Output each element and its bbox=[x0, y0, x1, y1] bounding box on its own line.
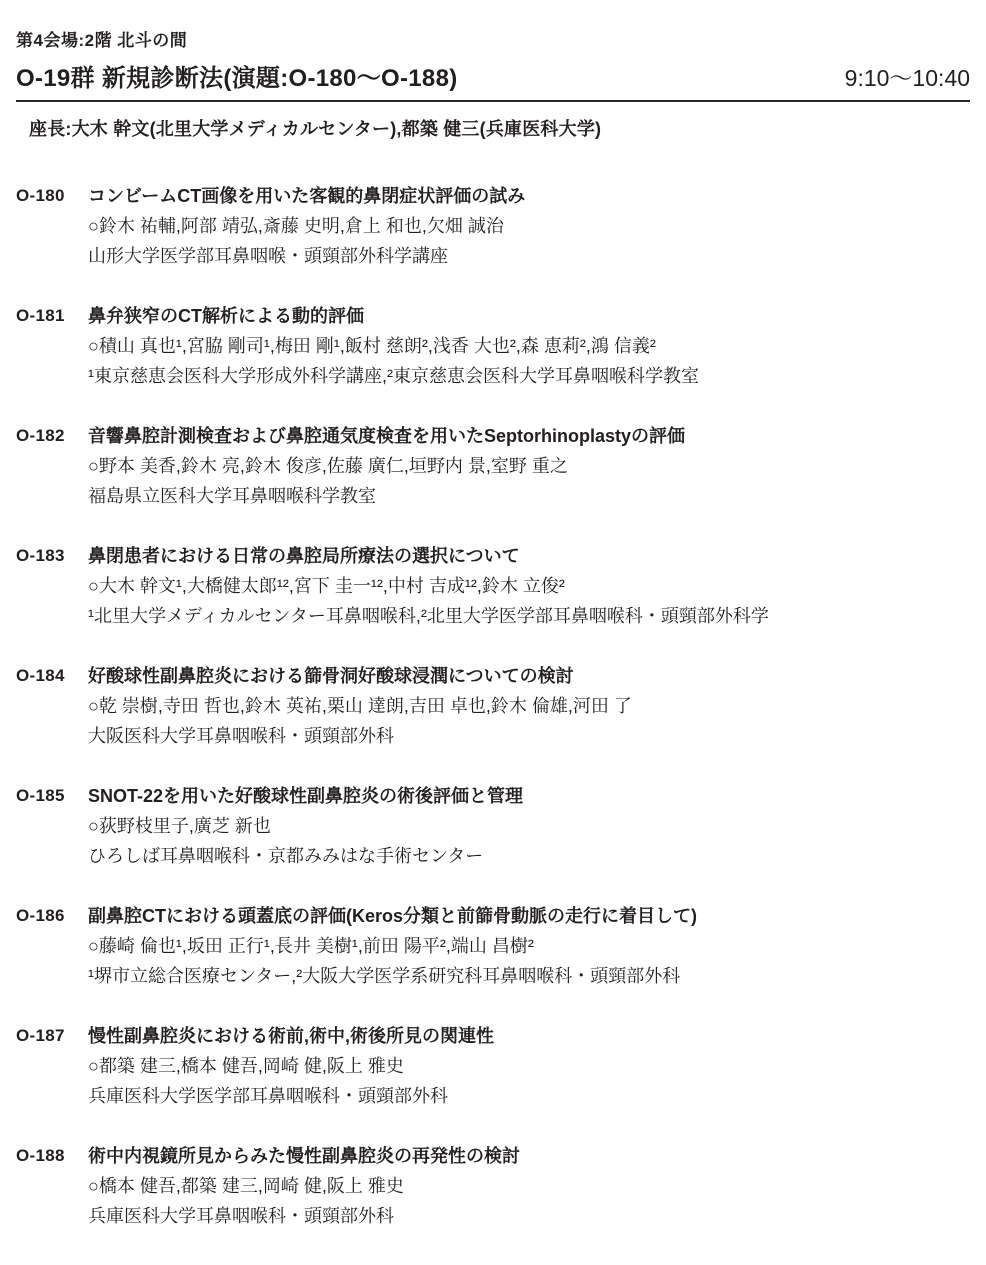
session-time: 9:10〜10:40 bbox=[845, 60, 970, 93]
presentation-title: コンビームCT画像を用いた客観的鼻閉症状評価の試み bbox=[88, 181, 970, 211]
presentation-authors: ○都築 建三,橋本 健吾,岡崎 健,阪上 雅史 bbox=[88, 1051, 970, 1081]
chair-line: 座長:大木 幹文(北里大学メディカルセンター),都築 健三(兵庫医科大学) bbox=[29, 115, 970, 141]
presentation-number: O-187 bbox=[16, 1021, 88, 1051]
presentation-entry: O-182 音響鼻腔計測検査および鼻腔通気度検査を用いたSeptorhinopl… bbox=[16, 421, 970, 511]
header-divider bbox=[16, 100, 970, 102]
presentation-number: O-188 bbox=[16, 1141, 88, 1171]
presentation-affiliation: ¹堺市立総合医療センター,²大阪大学医学系研究科耳鼻咽喉科・頭頸部外科 bbox=[88, 961, 970, 991]
presentation-number: O-186 bbox=[16, 901, 88, 931]
presentation-title: SNOT-22を用いた好酸球性副鼻腔炎の術後評価と管理 bbox=[88, 781, 970, 811]
presentation-entry: O-180 コンビームCT画像を用いた客観的鼻閉症状評価の試み ○鈴木 祐輔,阿… bbox=[16, 181, 970, 271]
presentation-number: O-184 bbox=[16, 661, 88, 691]
presentation-list: O-180 コンビームCT画像を用いた客観的鼻閉症状評価の試み ○鈴木 祐輔,阿… bbox=[16, 181, 970, 1231]
presentation-title: 音響鼻腔計測検査および鼻腔通気度検査を用いたSeptorhinoplastyの評… bbox=[88, 421, 970, 451]
presentation-entry: O-181 鼻弁狭窄のCT解析による動的評価 ○積山 真也¹,宮脇 剛司¹,梅田… bbox=[16, 301, 970, 391]
presentation-authors: ○荻野枝里子,廣芝 新也 bbox=[88, 811, 970, 841]
presentation-number: O-180 bbox=[16, 181, 88, 211]
presentation-authors: ○藤崎 倫也¹,坂田 正行¹,長井 美樹¹,前田 陽平²,端山 昌樹² bbox=[88, 931, 970, 961]
presentation-authors: ○大木 幹文¹,大橋健太郎¹²,宮下 圭一¹²,中村 吉成¹²,鈴木 立俊² bbox=[88, 571, 970, 601]
presentation-affiliation: ¹東京慈恵会医科大学形成外科学講座,²東京慈恵会医科大学耳鼻咽喉科学教室 bbox=[88, 361, 970, 391]
presentation-title: 好酸球性副鼻腔炎における篩骨洞好酸球浸潤についての検討 bbox=[88, 661, 970, 691]
presentation-number: O-185 bbox=[16, 781, 88, 811]
presentation-entry: O-183 鼻閉患者における日常の鼻腔局所療法の選択について ○大木 幹文¹,大… bbox=[16, 541, 970, 631]
presentation-entry: O-184 好酸球性副鼻腔炎における篩骨洞好酸球浸潤についての検討 ○乾 崇樹,… bbox=[16, 661, 970, 751]
program-page: 第4会場:2階 北斗の間 O-19群 新規診断法(演題:O-180〜O-188)… bbox=[0, 0, 986, 1265]
presentation-title: 慢性副鼻腔炎における術前,術中,術後所見の関連性 bbox=[88, 1021, 970, 1051]
presentation-affiliation: 兵庫医科大学耳鼻咽喉科・頭頸部外科 bbox=[88, 1201, 970, 1231]
session-title: O-19群 新規診断法(演題:O-180〜O-188) bbox=[16, 58, 458, 93]
presentation-affiliation: 兵庫医科大学医学部耳鼻咽喉科・頭頸部外科 bbox=[88, 1081, 970, 1111]
presentation-title: 鼻閉患者における日常の鼻腔局所療法の選択について bbox=[88, 541, 970, 571]
presentation-entry: O-188 術中内視鏡所見からみた慢性副鼻腔炎の再発性の検討 ○橋本 健吾,都築… bbox=[16, 1141, 970, 1231]
presentation-authors: ○橋本 健吾,都築 建三,岡崎 健,阪上 雅史 bbox=[88, 1171, 970, 1201]
presentation-title: 術中内視鏡所見からみた慢性副鼻腔炎の再発性の検討 bbox=[88, 1141, 970, 1171]
presentation-affiliation: 福島県立医科大学耳鼻咽喉科学教室 bbox=[88, 481, 970, 511]
presentation-affiliation: ¹北里大学メディカルセンター耳鼻咽喉科,²北里大学医学部耳鼻咽喉科・頭頸部外科学 bbox=[88, 601, 970, 631]
presentation-title: 鼻弁狭窄のCT解析による動的評価 bbox=[88, 301, 970, 331]
venue-line: 第4会場:2階 北斗の間 bbox=[16, 26, 970, 51]
session-header: O-19群 新規診断法(演題:O-180〜O-188) 9:10〜10:40 bbox=[16, 58, 970, 93]
presentation-authors: ○乾 崇樹,寺田 哲也,鈴木 英祐,栗山 達朗,吉田 卓也,鈴木 倫雄,河田 了 bbox=[88, 691, 970, 721]
presentation-affiliation: 大阪医科大学耳鼻咽喉科・頭頸部外科 bbox=[88, 721, 970, 751]
presentation-affiliation: ひろしば耳鼻咽喉科・京都みみはな手術センター bbox=[88, 841, 970, 871]
presentation-affiliation: 山形大学医学部耳鼻咽喉・頭頸部外科学講座 bbox=[88, 241, 970, 271]
presentation-authors: ○鈴木 祐輔,阿部 靖弘,斎藤 史明,倉上 和也,欠畑 誠治 bbox=[88, 211, 970, 241]
presentation-authors: ○野本 美香,鈴木 亮,鈴木 俊彦,佐藤 廣仁,垣野内 景,室野 重之 bbox=[88, 451, 970, 481]
presentation-number: O-181 bbox=[16, 301, 88, 331]
presentation-number: O-182 bbox=[16, 421, 88, 451]
presentation-entry: O-187 慢性副鼻腔炎における術前,術中,術後所見の関連性 ○都築 建三,橋本… bbox=[16, 1021, 970, 1111]
presentation-number: O-183 bbox=[16, 541, 88, 571]
presentation-title: 副鼻腔CTにおける頭蓋底の評価(Keros分類と前篩骨動脈の走行に着目して) bbox=[88, 901, 970, 931]
presentation-authors: ○積山 真也¹,宮脇 剛司¹,梅田 剛¹,飯村 慈朗²,浅香 大也²,森 恵莉²… bbox=[88, 331, 970, 361]
presentation-entry: O-185 SNOT-22を用いた好酸球性副鼻腔炎の術後評価と管理 ○荻野枝里子… bbox=[16, 781, 970, 871]
presentation-entry: O-186 副鼻腔CTにおける頭蓋底の評価(Keros分類と前篩骨動脈の走行に着… bbox=[16, 901, 970, 991]
